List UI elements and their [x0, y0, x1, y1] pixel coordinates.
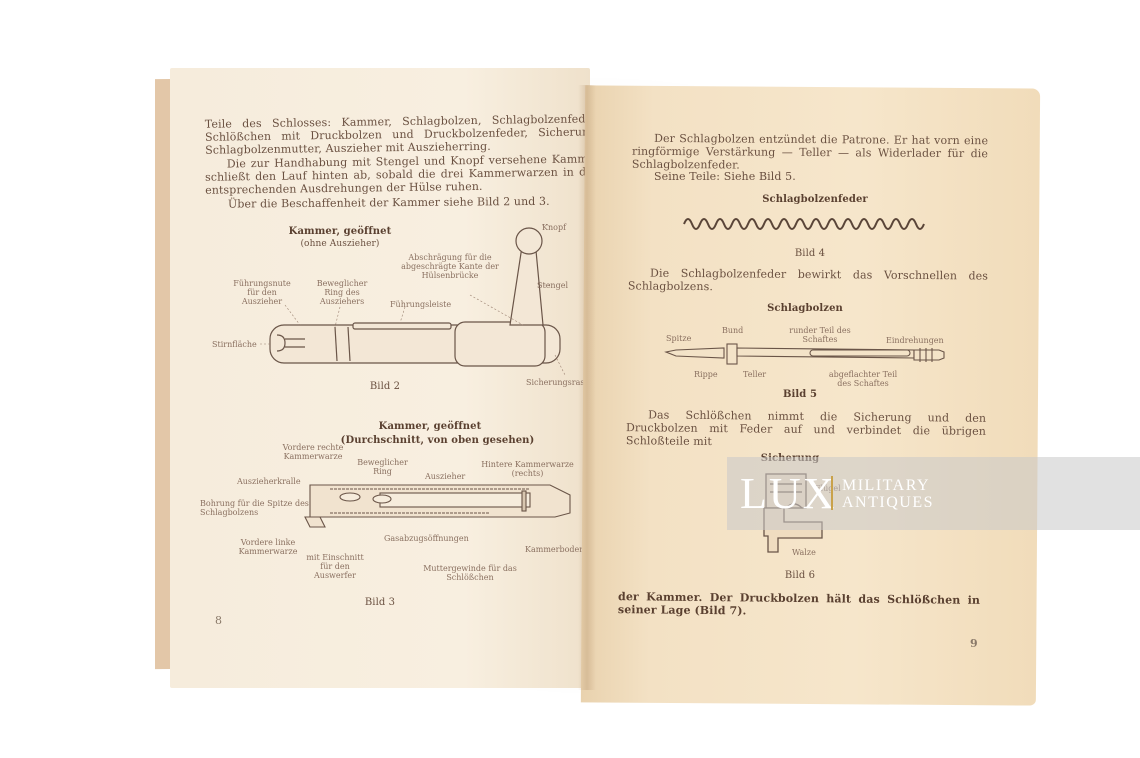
watermark-line-2: ANTIQUES	[842, 494, 934, 511]
label-bohrung: Bohrung für die Spitze des Schlagbolzens	[200, 499, 310, 517]
label-stirnflaeche: Stirnfläche	[212, 340, 257, 349]
figure-3-caption: Bild 3	[350, 596, 410, 609]
left-paragraph-1: Teile des Schlosses: Kammer, Schlagbolze…	[205, 112, 601, 157]
label-einschnitt: mit Einschnitt für den Auswerfer	[300, 553, 370, 580]
label-vordere-rechte: Vordere rechte Kammerwarze	[278, 443, 348, 461]
right-paragraph-3: Die Schlagbolzenfeder bewirkt das Vorsch…	[628, 266, 988, 295]
label-fuehrungsleiste: Führungsleiste	[390, 300, 451, 309]
label-vordere-linke: Vordere linke Kammerwarze	[238, 538, 298, 556]
label-gasabzug: Gasabzugsöffnungen	[384, 534, 439, 543]
label-runder-teil: runder Teil des Schaftes	[775, 326, 865, 344]
right-paragraph-4: Das Schlößchen nimmt die Sicherung und d…	[626, 408, 986, 451]
label-hintere: Hintere Kammerwarze (rechts)	[480, 460, 575, 478]
label-auszieherkralle: Auszieherkralle	[237, 477, 301, 486]
firing-pin-spring-illustration	[682, 212, 932, 236]
right-paragraph-1: Der Schlagbolzen entzündet die Patrone. …	[632, 132, 988, 173]
figure-5-title: Schlagbolzen	[755, 302, 855, 315]
label-eindrehungen: Eindrehungen	[886, 336, 944, 345]
figure-3-subtitle: (Durchschnitt, von oben gesehen)	[330, 434, 545, 447]
left-paragraph-2: Die zur Handhabung mit Stengel und Knopf…	[205, 152, 601, 197]
label-beweglicher-ring-3: Beweglicher Ring	[355, 458, 410, 476]
figure-3-title: Kammer, geöffnet	[330, 420, 530, 433]
page-number-left: 8	[215, 614, 222, 627]
watermark-divider	[831, 476, 833, 510]
label-muttergewinde: Muttergewinde für das Schlößchen	[420, 564, 520, 582]
figure-5-caption: Bild 5	[775, 388, 825, 401]
figure-2-caption: Bild 2	[355, 380, 415, 393]
bolt-section-illustration	[290, 475, 590, 535]
page-number-right: 9	[970, 637, 978, 650]
figure-4-caption: Bild 4	[780, 247, 840, 260]
label-walze: Walze	[792, 548, 816, 557]
right-paragraph-2: Seine Teile: Siehe Bild 5.	[654, 170, 954, 183]
watermark-brand: LUX	[740, 470, 836, 518]
figure-4-title: Schlagbolzenfeder	[740, 193, 890, 206]
label-teller: Teller	[743, 370, 766, 379]
label-rippe: Rippe	[694, 370, 718, 379]
watermark-line-1: MILITARY	[842, 477, 934, 494]
label-abschraegung: Abschrägung für die abgeschrägte Kante d…	[395, 253, 505, 280]
book-gutter	[578, 85, 596, 690]
label-beweglicher-ring: Beweglicher Ring des Ausziehers	[312, 279, 372, 306]
label-knopf: Knopf	[542, 223, 566, 232]
watermark-text: MILITARY ANTIQUES	[842, 477, 934, 511]
label-fuehrungsnute: Führungsnute für den Auszieher	[228, 279, 296, 306]
label-spitze: Spitze	[666, 334, 691, 343]
figure-6-caption: Bild 6	[775, 569, 825, 582]
label-kammerboden: Kammerboden	[525, 545, 584, 554]
label-stengel: Stengel	[537, 281, 568, 290]
right-paragraph-5: der Kammer. Der Druckbolzen hält das Sch…	[618, 590, 980, 620]
label-auszieher: Auszieher	[425, 472, 465, 481]
label-bund: Bund	[722, 326, 743, 335]
label-abgeflachter-teil: abgeflachter Teil des Schaftes	[828, 370, 898, 388]
